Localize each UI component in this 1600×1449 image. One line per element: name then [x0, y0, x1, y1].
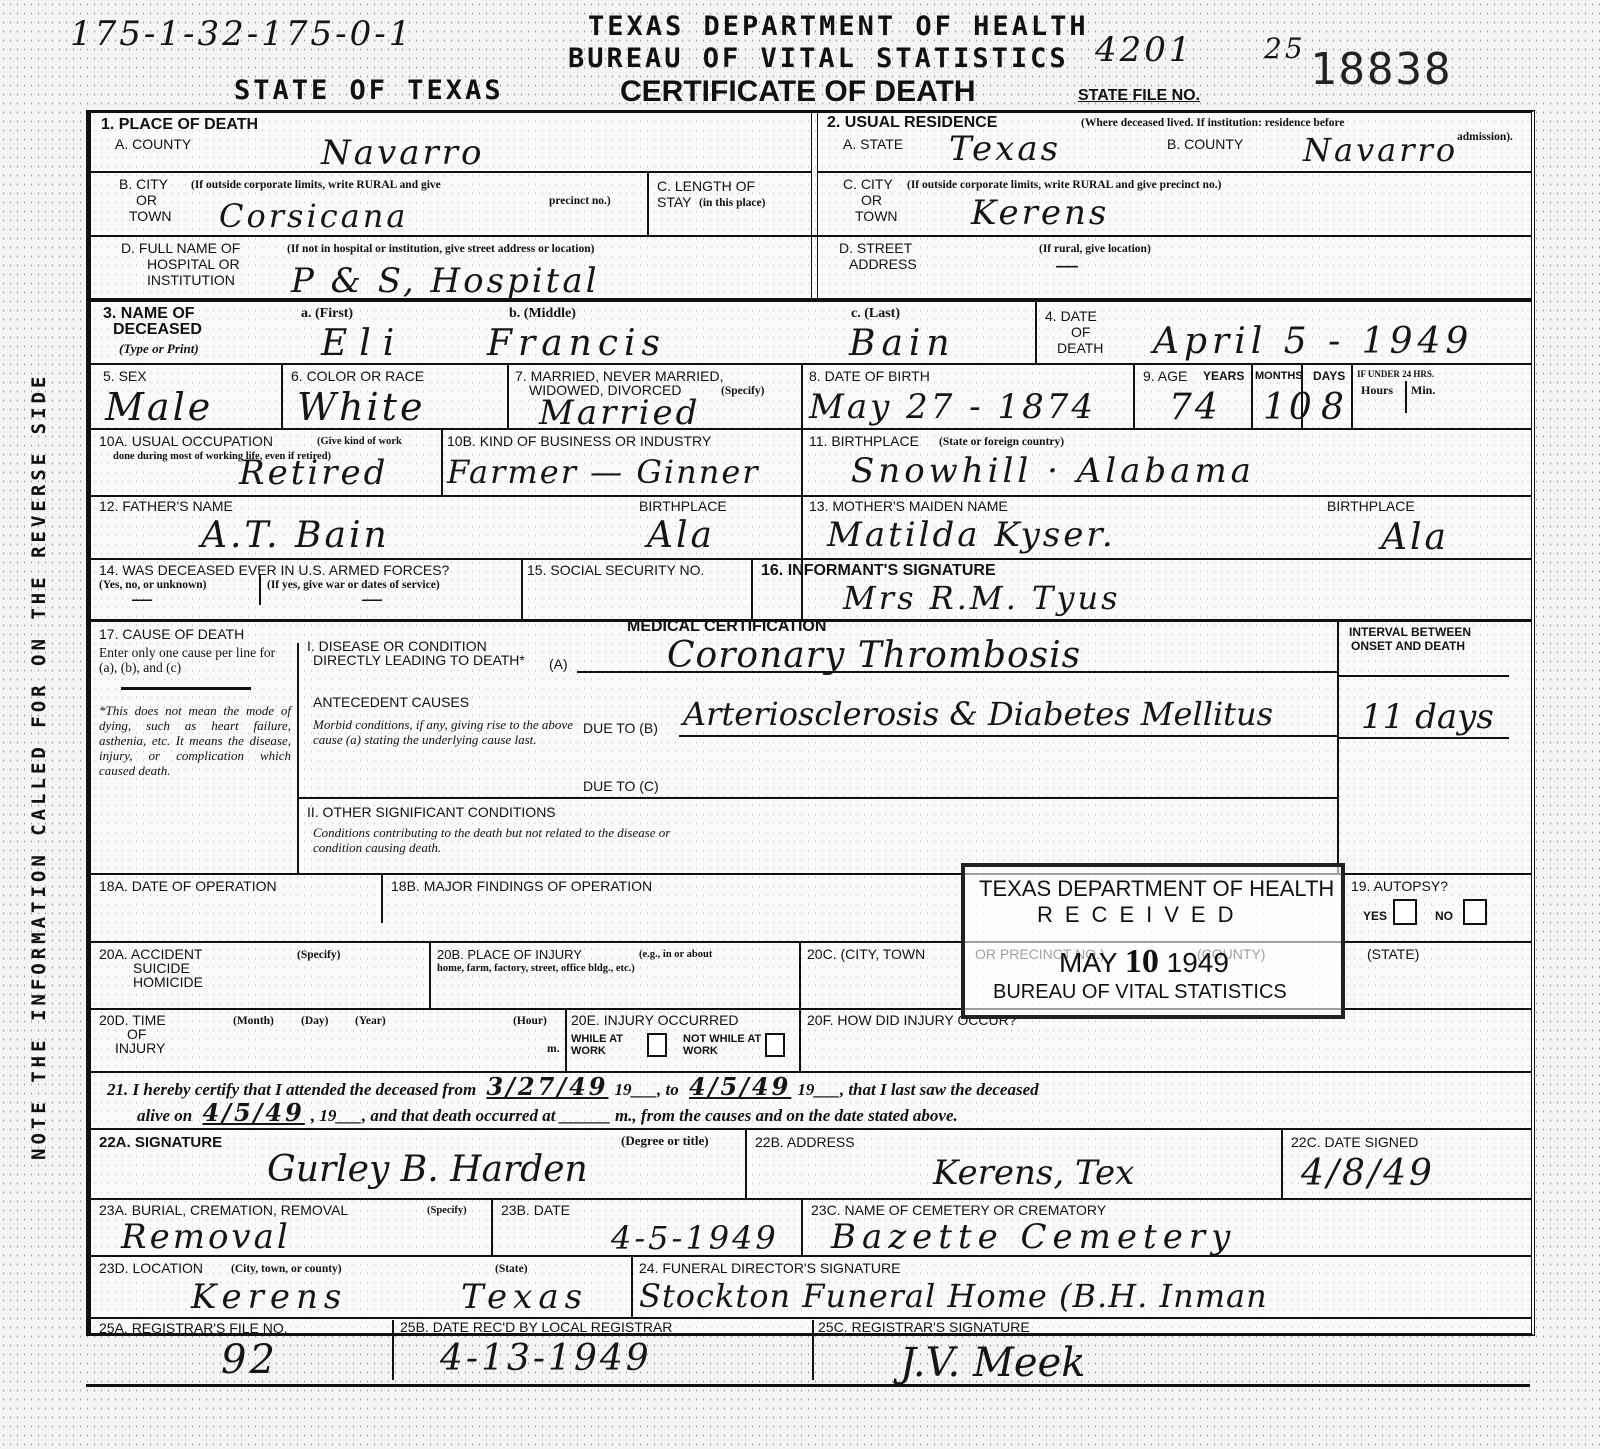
degree-label: (Degree or title) — [621, 1133, 709, 1149]
residence-city-value[interactable]: Kerens — [971, 193, 1109, 233]
death-certificate-form: 1. PLACE OF DEATH a. COUNTY Navarro b. C… — [86, 110, 1535, 1336]
other-conditions-note: Conditions contributing to the death but… — [313, 825, 683, 855]
birthplace-label: 11. BIRTHPLACE — [809, 434, 919, 449]
physician-address-label: 22b. ADDRESS — [755, 1135, 855, 1150]
injury-month-label: (Month) — [233, 1015, 274, 1027]
birthplace-value[interactable]: Snowhill · Alabama — [851, 451, 1255, 491]
handwritten-reference-mark: 25 — [1264, 32, 1306, 65]
stamp-month: MAY — [1059, 947, 1117, 978]
physician-signature-value[interactable]: Gurley B. Harden — [267, 1149, 588, 1190]
cause-a-marker: (a) — [549, 657, 568, 672]
antecedent-causes-label: ANTECEDENT CAUSES — [313, 695, 469, 710]
marital-status-specify: (Specify) — [721, 385, 764, 397]
while-at-work-checkbox[interactable] — [647, 1033, 667, 1057]
cemetery-label: 23c. NAME OF CEMETERY OR CREMATORY — [811, 1203, 1106, 1218]
residence-state-value[interactable]: Texas — [949, 129, 1061, 169]
mother-name-value[interactable]: Matilda Kyser. — [827, 515, 1116, 555]
handwritten-reference-right: 4201 — [1095, 30, 1194, 70]
registrar-signature-value[interactable]: J.V. Meek — [900, 1340, 1086, 1386]
due-to-c-label: DUE TO (c) — [583, 779, 659, 794]
attended-from-value[interactable]: 3/27/49 — [480, 1072, 614, 1101]
street-address-label: d. STREET — [839, 241, 912, 256]
registrar-signature-label: 25c. REGISTRAR'S SIGNATURE — [818, 1320, 1030, 1335]
burial-location-city-value[interactable]: Kerens — [191, 1277, 347, 1317]
business-label: 10b. KIND OF BUSINESS OR INDUSTRY — [447, 434, 711, 449]
first-name-value[interactable]: Eli — [321, 323, 406, 364]
homicide-label: HOMICIDE — [133, 975, 203, 990]
interval-label-2: ONSET AND DEATH — [1351, 639, 1465, 654]
bureau-heading: BUREAU OF VITAL STATISTICS — [568, 44, 1069, 74]
autopsy-label: 19. AUTOPSY? — [1351, 879, 1448, 894]
while-at-work-label: WHILE AT WORK — [571, 1033, 647, 1057]
certificate-title: CERTIFICATE OF DEATH — [620, 76, 976, 108]
residence-state-label: a. STATE — [843, 137, 903, 152]
residence-note-2: admission). — [1457, 131, 1513, 143]
disease-label-2: DIRECTLY LEADING TO DEATH* — [313, 653, 525, 668]
under-24-hours-label: IF UNDER 24 HRS. — [1357, 369, 1434, 379]
street-address-value[interactable]: — — [1055, 251, 1099, 279]
hospital-label-2: HOSPITAL OR — [147, 257, 240, 272]
injury-state-label: (STATE) — [1367, 947, 1419, 962]
birthplace-note: (State or foreign country) — [939, 436, 1064, 448]
other-conditions-label: II. OTHER SIGNIFICANT CONDITIONS — [307, 805, 556, 820]
due-to-b-label: DUE TO (b) — [583, 721, 658, 736]
certification-text-2: , that I last saw the deceased — [840, 1080, 1039, 1099]
interval-value[interactable]: 11 days — [1361, 697, 1494, 737]
occupation-value[interactable]: Retired — [239, 453, 388, 493]
hospital-note: (If not in hospital or institution, give… — [287, 243, 594, 255]
sex-value[interactable]: Male — [105, 385, 213, 429]
armed-forces-dates-note: (If yes, give war or dates of service) — [267, 579, 440, 591]
autopsy-yes-checkbox[interactable] — [1393, 899, 1417, 925]
certification-text-1: 21. I hereby certify that I attended the… — [107, 1080, 476, 1099]
disposition-label: 23a. BURIAL, CREMATION, REMOVAL — [99, 1203, 348, 1218]
burial-location-label: 23d. LOCATION — [99, 1261, 203, 1276]
death-city-or: OR — [136, 193, 157, 208]
armed-forces-value[interactable]: — — [131, 587, 156, 612]
disposition-value[interactable]: Removal — [121, 1217, 291, 1257]
mother-name-label: 13. MOTHER'S MAIDEN NAME — [809, 499, 1008, 514]
race-value[interactable]: White — [297, 385, 425, 429]
hospital-label: d. FULL NAME OF — [121, 241, 240, 256]
date-signed-label: 22c. DATE SIGNED — [1291, 1135, 1418, 1150]
attended-to-value[interactable]: 4/5/49 — [683, 1072, 797, 1101]
date-of-death-label-2: OF — [1071, 325, 1090, 340]
injury-city-label: 20c. (CITY, TOWN — [807, 947, 925, 962]
informant-signature-value[interactable]: Mrs R.M. Tyus — [843, 579, 1120, 617]
handwritten-reference-left: 175-1-32-175-0-1 — [70, 14, 413, 54]
father-birthplace-label: BIRTHPLACE — [639, 499, 727, 514]
place-of-injury-label: 20b. PLACE OF INJURY — [437, 947, 582, 962]
death-county-value[interactable]: Navarro — [321, 133, 484, 173]
first-name-label: a. (First) — [301, 306, 353, 322]
burial-location-note: (City, town, or county) — [231, 1263, 342, 1275]
occupation-note: (Give kind of work — [317, 436, 402, 447]
date-of-birth-value[interactable]: May 27 - 1874 — [809, 387, 1096, 427]
deceased-name-label: 3. NAME OF — [103, 306, 195, 321]
time-of-injury-injury: INJURY — [115, 1041, 165, 1056]
length-of-stay-label: c. LENGTH OF — [657, 179, 755, 194]
state-file-label: STATE FILE NO. — [1078, 88, 1200, 103]
medical-certification-title: MEDICAL CERTIFICATION — [627, 619, 826, 634]
cause-b-value[interactable]: Arteriosclerosis & Diabetes Mellitus — [683, 695, 1273, 733]
death-city-note: (If outside corporate limits, write RURA… — [191, 179, 441, 191]
usual-residence-heading: 2. USUAL RESIDENCE — [827, 115, 997, 130]
death-city-value[interactable]: Corsicana — [219, 197, 408, 235]
death-county-label: a. COUNTY — [115, 137, 191, 152]
injury-day-label: (Day) — [301, 1015, 328, 1027]
injury-m-label: m. — [547, 1043, 559, 1055]
registrar-file-label: 25a. REGISTRAR'S FILE NO. — [99, 1321, 288, 1336]
cause-of-death-label: 17. CAUSE OF DEATH — [99, 627, 244, 642]
injury-year-label: (Year) — [355, 1015, 386, 1027]
cause-instructions: Enter only one cause per line for (a), (… — [99, 645, 291, 675]
funeral-director-value[interactable]: Stockton Funeral Home (B.H. Inman — [639, 1277, 1268, 1315]
residence-county-value[interactable]: Navarro — [1303, 131, 1458, 169]
age-days-label: DAYS — [1313, 369, 1345, 384]
year-prefix-2: 19 — [797, 1080, 814, 1099]
cause-footnote: *This does not mean the mode of dying, s… — [99, 703, 291, 778]
marital-status-value[interactable]: Married — [539, 393, 700, 433]
not-while-at-work-checkbox[interactable] — [765, 1033, 785, 1057]
residence-county-label: b. COUNTY — [1167, 137, 1243, 152]
last-name-label: c. (Last) — [851, 306, 900, 322]
date-of-death-value[interactable]: April 5 - 1949 — [1153, 321, 1473, 362]
received-stamp: TEXAS DEPARTMENT OF HEALTH RECEIVED MAY … — [961, 863, 1345, 1019]
residence-note: (Where deceased lived. If institution: r… — [1081, 117, 1345, 129]
mother-birthplace-value[interactable]: Ala — [1381, 517, 1449, 558]
father-name-label: 12. FATHER'S NAME — [99, 499, 233, 514]
certification-text-3: , and that death occurred at — [362, 1106, 556, 1125]
occupation-label: 10a. USUAL OCCUPATION — [99, 434, 273, 449]
stamp-line-4: BUREAU OF VITAL STATISTICS — [993, 985, 1287, 1000]
reverse-side-note: NOTE THE INFORMATION CALLED FOR ON THE R… — [32, 373, 47, 1160]
cause-a-value[interactable]: Coronary Thrombosis — [667, 635, 1081, 676]
informant-signature-label: 16. INFORMANT'S SIGNATURE — [761, 563, 996, 578]
middle-name-label: b. (Middle) — [509, 306, 576, 322]
operation-date-label: 18a. DATE OF OPERATION — [99, 879, 277, 894]
cemetery-value[interactable]: Bazette Cemetery — [831, 1217, 1236, 1257]
year-prefix-3: 19 — [319, 1106, 336, 1125]
father-name-value[interactable]: A.T. Bain — [201, 515, 390, 556]
last-name-value[interactable]: Bain — [849, 323, 956, 364]
injury-occurred-label: 20e. INJURY OCCURRED — [571, 1013, 739, 1028]
injury-hour-label: (Hour) — [513, 1015, 547, 1027]
deceased-name-note: (Type or Print) — [119, 341, 199, 356]
certification-to: , to — [657, 1080, 679, 1099]
state-heading: STATE OF TEXAS — [234, 76, 504, 106]
residence-city-or: OR — [861, 193, 882, 208]
hours-label: Hours — [1361, 383, 1393, 398]
age-label: 9. AGE — [1143, 369, 1187, 384]
minutes-label: Min. — [1411, 383, 1435, 398]
stamp-day: 10 — [1125, 943, 1159, 980]
date-signed-value[interactable]: 4/8/49 — [1301, 1153, 1435, 1194]
certification-statement-line-2: alive on 4/5/49, 19___, and that death o… — [137, 1105, 958, 1123]
death-city-label: b. CITY — [119, 177, 168, 192]
registrar-date-value[interactable]: 4-13-1949 — [440, 1338, 652, 1379]
age-years-value[interactable]: 74 — [1169, 387, 1221, 428]
physician-address-value[interactable]: Kerens, Tex — [933, 1153, 1134, 1193]
date-of-death-label: 4. DATE — [1045, 309, 1097, 324]
stamp-year: 1949 — [1167, 947, 1229, 978]
state-file-number: 18838 — [1310, 44, 1452, 95]
social-security-label: 15. SOCIAL SECURITY NO. — [527, 563, 704, 578]
age-months-label: MONTHS — [1255, 369, 1303, 384]
length-of-stay-note: (in this place) — [699, 197, 765, 209]
death-city-town: TOWN — [129, 209, 172, 224]
residence-city-town: TOWN — [855, 209, 898, 224]
hospital-label-3: INSTITUTION — [147, 273, 235, 288]
disposition-specify: (Specify) — [427, 1205, 467, 1216]
certification-statement: 21. I hereby certify that I attended the… — [107, 1079, 1039, 1097]
place-of-injury-note-2: home, farm, factory, street, office bldg… — [437, 963, 635, 974]
age-days-value[interactable]: 8 — [1321, 387, 1347, 428]
stamp-line-1: TEXAS DEPARTMENT OF HEALTH — [979, 877, 1334, 901]
deceased-name-label-2: DECEASED — [113, 322, 202, 337]
residence-city-note: (If outside corporate limits, write RURA… — [907, 179, 1221, 191]
autopsy-no-label: NO — [1435, 909, 1453, 924]
hospital-value[interactable]: P & S, Hospital — [291, 261, 599, 301]
physician-signature-label: 22a. SIGNATURE — [99, 1135, 222, 1150]
disposition-date-label: 23b. DATE — [501, 1203, 570, 1218]
disposition-date-value[interactable]: 4-5-1949 — [611, 1219, 779, 1257]
autopsy-no-checkbox[interactable] — [1463, 899, 1487, 925]
registrar-date-label: 25b. DATE REC'D BY LOCAL REGISTRAR — [400, 1320, 672, 1335]
mother-birthplace-label: BIRTHPLACE — [1327, 499, 1415, 514]
street-address-label-2: ADDRESS — [849, 257, 917, 272]
place-of-injury-note: (e.g., in or about — [639, 949, 712, 960]
accident-specify: (Specify) — [297, 949, 340, 961]
funeral-director-label: 24. FUNERAL DIRECTOR'S SIGNATURE — [639, 1261, 900, 1276]
certification-text-4: m., from the causes and on the date stat… — [615, 1106, 958, 1125]
not-while-at-work-label: NOT WHILE AT WORK — [683, 1033, 765, 1057]
age-months-value[interactable]: 10 — [1263, 387, 1315, 428]
burial-state-label: (State) — [495, 1263, 528, 1275]
stamp-date: MAY 10 1949 — [1059, 943, 1229, 981]
autopsy-yes-label: YES — [1363, 909, 1387, 924]
residence-city-label: c. CITY — [843, 177, 893, 192]
department-heading: TEXAS DEPARTMENT OF HEALTH — [588, 12, 1089, 42]
length-of-stay-label-2: STAY — [657, 195, 692, 210]
date-of-death-label-3: DEATH — [1057, 341, 1103, 356]
death-city-note-2: precinct no.) — [549, 195, 611, 207]
last-seen-value[interactable]: 4/5/49 — [197, 1098, 311, 1127]
sex-label: 5. SEX — [103, 369, 147, 384]
operation-findings-label: 18b. MAJOR FINDINGS OF OPERATION — [391, 879, 652, 894]
alive-on-label: alive on — [137, 1106, 192, 1125]
armed-forces-dates-value[interactable]: — — [361, 587, 386, 612]
antecedent-note: Morbid conditions, if any, giving rise t… — [313, 717, 583, 747]
stamp-received: RECEIVED — [1037, 907, 1245, 922]
date-of-birth-label: 8. DATE OF BIRTH — [809, 369, 930, 384]
registrar-file-value[interactable]: 92 — [221, 1337, 278, 1383]
father-birthplace-value[interactable]: Ala — [647, 515, 715, 556]
interval-label: INTERVAL BETWEEN — [1349, 625, 1471, 640]
burial-location-state-value[interactable]: Texas — [461, 1277, 588, 1317]
middle-name-value[interactable]: Francis — [487, 323, 666, 364]
place-of-death-heading: 1. PLACE OF DEATH — [101, 117, 258, 132]
business-value[interactable]: Farmer — Ginner — [447, 453, 760, 491]
age-years-label: YEARS — [1203, 369, 1244, 384]
race-label: 6. COLOR OR RACE — [291, 369, 424, 384]
year-prefix-1: 19 — [615, 1080, 632, 1099]
armed-forces-label: 14. WAS DECEASED EVER IN U.S. ARMED FORC… — [99, 563, 449, 578]
